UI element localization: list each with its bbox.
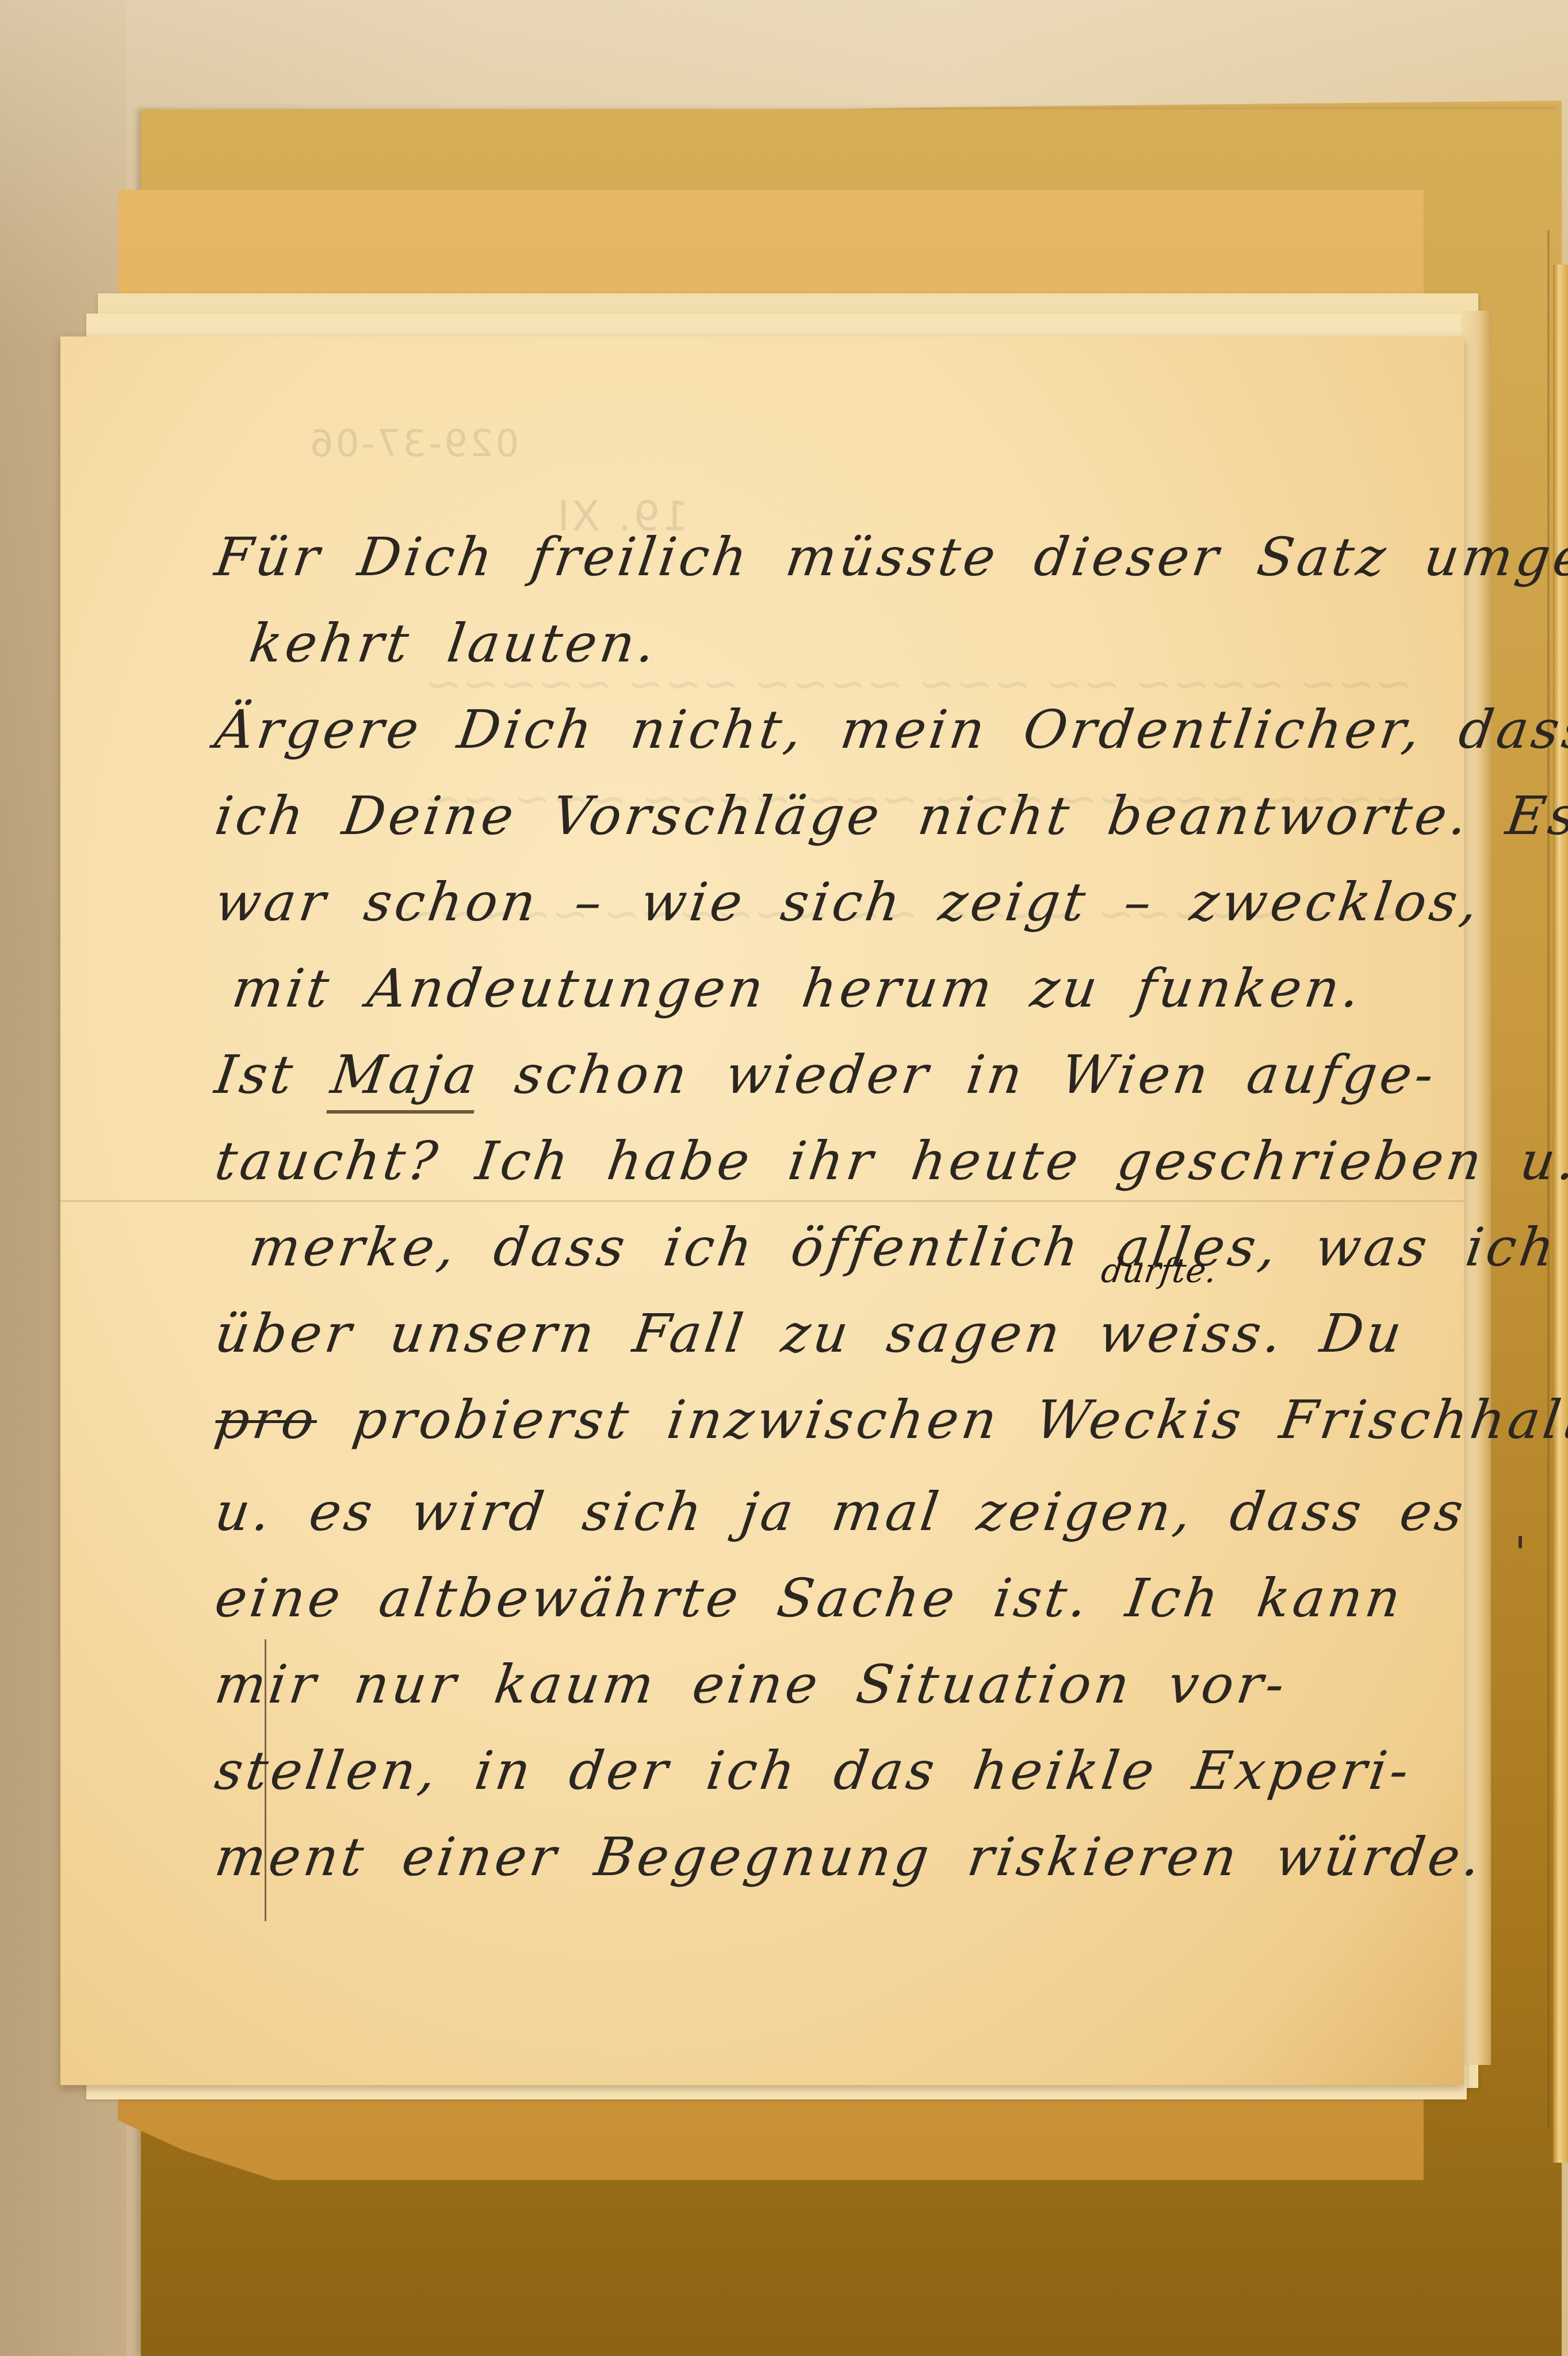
text-line: Ist Maja schon wieder in Wien aufge- (211, 1044, 1440, 1106)
text-line: Für Dich freilich müsste dieser Satz umg… (211, 526, 1568, 588)
text-line: stellen, in der ich das heikle Experi- (211, 1740, 1416, 1802)
text-line: war schon – wie sich zeigt – zwecklos, (211, 871, 1485, 933)
struck-word: pro (211, 1389, 321, 1451)
text-line: über unsern Fall zu sagen weiss. Du (211, 1303, 1408, 1364)
text-line: mit Andeutungen herum zu funken. (228, 958, 1367, 1019)
text-fragment: probierst inzwischen Weckis Frischhaltun… (313, 1389, 1568, 1451)
text-line: ment einer Begegnung riskieren würde. (211, 1826, 1487, 1888)
text-line: taucht? Ich habe ihr heute geschrieben u… (211, 1130, 1568, 1192)
text-line: pro probierst inzwischen Weckis Frischha… (211, 1389, 1568, 1451)
letter-page: 029-37-06 19. XI ~~~ ~~~~ ~~ ~~~ ~~~~ ~~… (60, 336, 1464, 2085)
text-line: Ärgere Dich nicht, mein Ordentlicher, da… (211, 699, 1568, 760)
handwritten-text: Für Dich freilich müsste dieser Satz umg… (60, 336, 1464, 2085)
ink-mark (1519, 1536, 1522, 1548)
text-fragment: Ist (211, 1044, 336, 1106)
text-fragment: schon wieder in Wien aufge- (475, 1044, 1441, 1106)
interlinear-insertion: durfte. (1099, 1251, 1219, 1290)
text-line: u. es wird sich ja mal zeigen, dass es (211, 1481, 1470, 1543)
text-line: ich Deine Vorschläge nicht beantworte. E… (211, 785, 1568, 847)
text-line: merke, dass ich öffentlich alles, was ic… (246, 1217, 1561, 1278)
text-line: kehrt lauten. (246, 613, 662, 674)
underlined-name: Maja (327, 1044, 483, 1106)
text-line: mir nur kaum eine Situation vor- (211, 1654, 1291, 1715)
text-line: eine altbewährte Sache ist. Ich kann (211, 1567, 1408, 1629)
